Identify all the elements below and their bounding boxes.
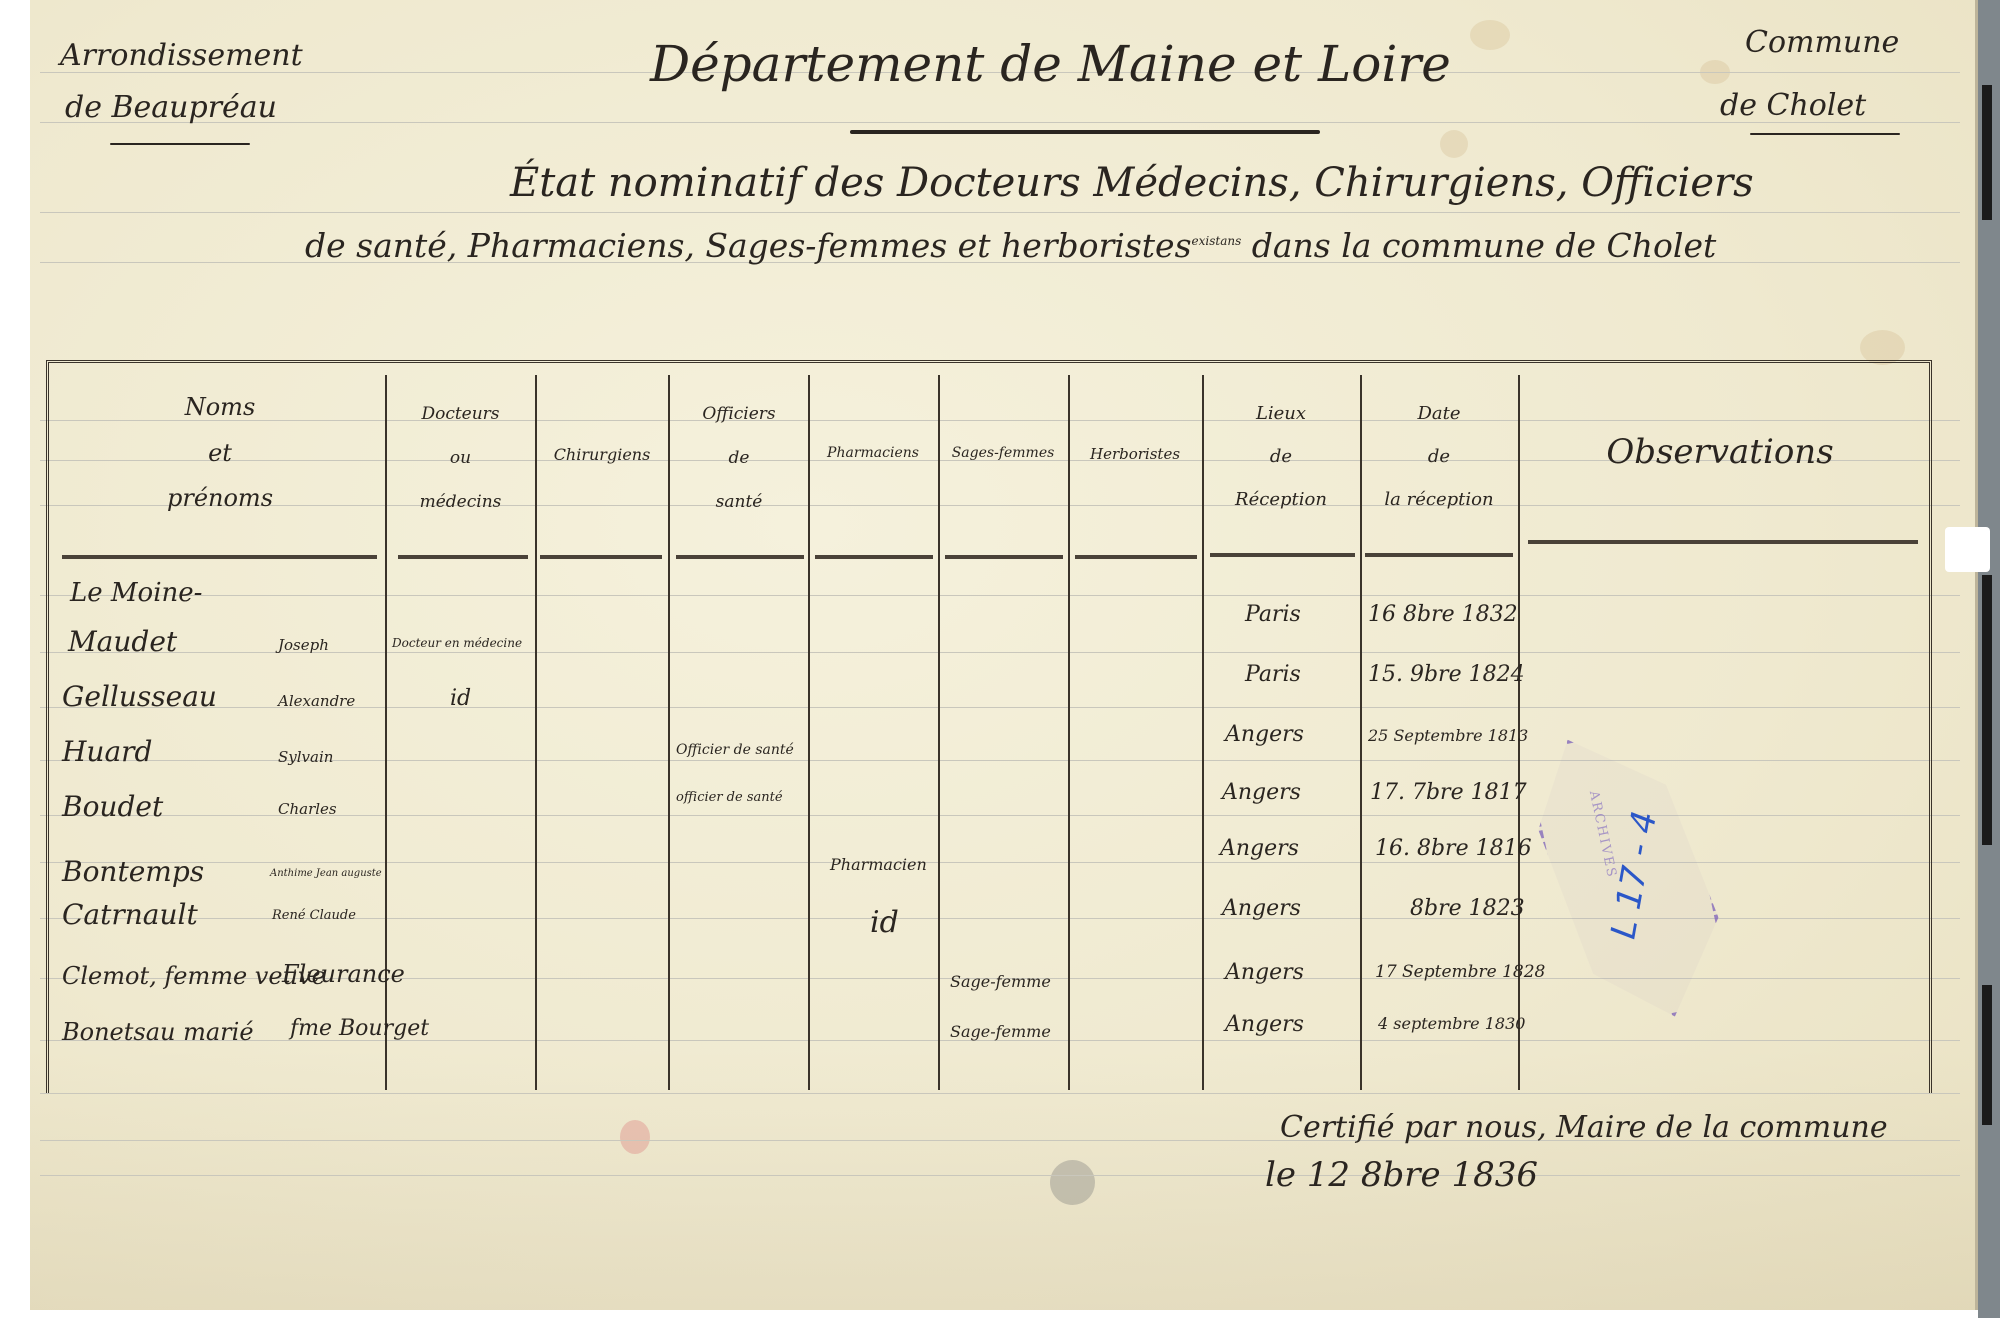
row-3-lieu: Angers	[1222, 780, 1301, 805]
header-underline	[62, 555, 377, 559]
header-observations: Observations	[1520, 420, 1920, 485]
red-stain	[620, 1120, 650, 1154]
commune-name: de Cholet	[1720, 88, 1866, 123]
title-line-2-text: de santé, Pharmaciens, Sages-femmes et h…	[305, 226, 1192, 265]
ruled-line	[40, 1175, 1960, 1176]
header-underline	[1528, 540, 1918, 544]
binding-shadow	[1982, 575, 1992, 845]
row-2-prenom: Sylvain	[278, 748, 333, 766]
row-0-lieu: Paris	[1245, 602, 1301, 627]
row-7-sages-femmes: Sage-femme	[950, 1022, 1051, 1041]
header-docteurs: Docteurs ou médecins	[388, 392, 533, 525]
header-pharmaciens: Pharmaciens	[808, 440, 938, 467]
header-line: prénoms	[60, 476, 380, 522]
header-line: Observations	[1520, 420, 1920, 485]
row-3-officiers: officier de santé	[676, 790, 783, 805]
header-lieux: Lieux de Réception	[1202, 392, 1360, 522]
header-underline	[540, 555, 662, 559]
row-6-lieu: Angers	[1225, 960, 1304, 985]
row-0-nom-prefix: Le Moine-	[70, 578, 202, 608]
row-3-prenom: Charles	[278, 800, 337, 818]
certification-date: le 12 8bre 1836	[1265, 1155, 1538, 1195]
underline	[1750, 133, 1900, 135]
row-5-prenom: René Claude	[272, 908, 356, 923]
row-5-nom: Catrnault	[62, 898, 198, 931]
row-2-date: 25 Septembre 1813	[1368, 726, 1528, 745]
header-line: médecins	[388, 480, 533, 524]
header-chirurgiens: Chirurgiens	[537, 440, 667, 470]
row-7-date: 4 septembre 1830	[1378, 1014, 1525, 1033]
header-line: ou	[388, 436, 533, 480]
row-1-lieu: Paris	[1245, 662, 1301, 687]
departement-title: Département de Maine et Loire	[650, 35, 1451, 93]
column-divider	[1068, 375, 1070, 1090]
header-line: Date	[1360, 392, 1518, 435]
header-line: santé	[670, 480, 808, 524]
header-line: Chirurgiens	[537, 440, 667, 470]
arrondissement-name: de Beaupréau	[65, 90, 277, 125]
header-line: Docteurs	[388, 392, 533, 436]
row-4-lieu: Angers	[1220, 836, 1299, 861]
paper-tear	[1945, 527, 1990, 572]
row-0-nom: Maudet	[68, 625, 177, 658]
header-line: Lieux	[1202, 392, 1360, 435]
row-6-sages-femmes: Sage-femme	[950, 972, 1051, 991]
row-3-nom: Boudet	[62, 790, 163, 823]
row-7-nom: Bonetsau marié	[62, 1018, 254, 1046]
header-underline	[815, 555, 933, 559]
column-divider	[808, 375, 810, 1090]
underline	[110, 143, 250, 145]
row-6-prenom: Fleurance	[282, 960, 405, 988]
ruled-line	[40, 212, 1960, 213]
binding-shadow	[1982, 985, 1992, 1125]
row-1-date: 15. 9bre 1824	[1368, 662, 1525, 687]
title-line-2-end: dans la commune de Cholet	[1252, 226, 1717, 265]
row-1-docteurs: id	[450, 686, 471, 711]
row-1-prenom: Alexandre	[278, 692, 355, 710]
column-divider	[535, 375, 537, 1090]
row-4-date: 16. 8bre 1816	[1375, 836, 1532, 861]
header-line: Noms	[60, 385, 380, 431]
row-4-prenom: Anthime Jean auguste	[270, 868, 382, 879]
title-insert: existans	[1192, 234, 1242, 248]
row-4-nom: Bontemps	[62, 855, 204, 888]
title-underline	[850, 130, 1320, 134]
row-2-nom: Huard	[62, 735, 152, 768]
binding-shadow	[1982, 85, 1992, 220]
row-7-prenom: fme Bourget	[290, 1016, 429, 1041]
row-4-pharmaciens: Pharmacien	[830, 855, 927, 874]
stain	[1470, 20, 1510, 50]
row-6-date: 17 Septembre 1828	[1375, 962, 1545, 982]
row-7-lieu: Angers	[1225, 1012, 1304, 1037]
column-divider	[938, 375, 940, 1090]
header-line: Réception	[1202, 478, 1360, 521]
ruled-line	[40, 1093, 1960, 1094]
header-underline	[676, 555, 804, 559]
header-line: Sages-femmes	[938, 440, 1068, 467]
header-noms: Noms et prénoms	[60, 385, 380, 522]
header-date: Date de la réception	[1360, 392, 1518, 522]
title-line-2: de santé, Pharmaciens, Sages-femmes et h…	[305, 226, 1716, 265]
grey-stain	[1050, 1160, 1095, 1205]
header-underline	[945, 555, 1063, 559]
header-line: Officiers	[670, 392, 808, 436]
commune-label: Commune	[1745, 25, 1899, 60]
row-2-officiers: Officier de santé	[676, 742, 794, 758]
header-line: de	[670, 436, 808, 480]
stain	[1440, 130, 1468, 158]
row-1-nom: Gellusseau	[62, 680, 217, 713]
header-underline	[1075, 555, 1197, 559]
certification-line-1: Certifié par nous, Maire de la commune	[1280, 1110, 1888, 1145]
header-line: de	[1360, 435, 1518, 478]
row-5-date: 8bre 1823	[1410, 896, 1525, 921]
arrondissement-label: Arrondissement	[60, 38, 303, 73]
row-5-pharmaciens: id	[870, 905, 899, 940]
header-line: de	[1202, 435, 1360, 478]
header-line: la réception	[1360, 478, 1518, 521]
row-5-lieu: Angers	[1222, 896, 1301, 921]
row-0-docteurs: Docteur en médecine	[392, 636, 522, 650]
header-line: Herboristes	[1068, 440, 1202, 469]
row-0-prenom: Joseph	[278, 636, 329, 654]
row-3-date: 17. 7bre 1817	[1370, 780, 1527, 805]
header-underline	[1210, 553, 1355, 557]
header-line: et	[60, 431, 380, 477]
header-underline	[1365, 553, 1513, 557]
title-line-1: État nominatif des Docteurs Médecins, Ch…	[510, 160, 1754, 206]
header-herboristes: Herboristes	[1068, 440, 1202, 469]
header-underline	[398, 555, 528, 559]
header-line: Pharmaciens	[808, 440, 938, 467]
row-2-lieu: Angers	[1225, 722, 1304, 747]
header-sages-femmes: Sages-femmes	[938, 440, 1068, 467]
ruled-line	[40, 122, 1960, 123]
header-officiers: Officiers de santé	[670, 392, 808, 525]
row-0-date: 16 8bre 1832	[1368, 602, 1518, 627]
